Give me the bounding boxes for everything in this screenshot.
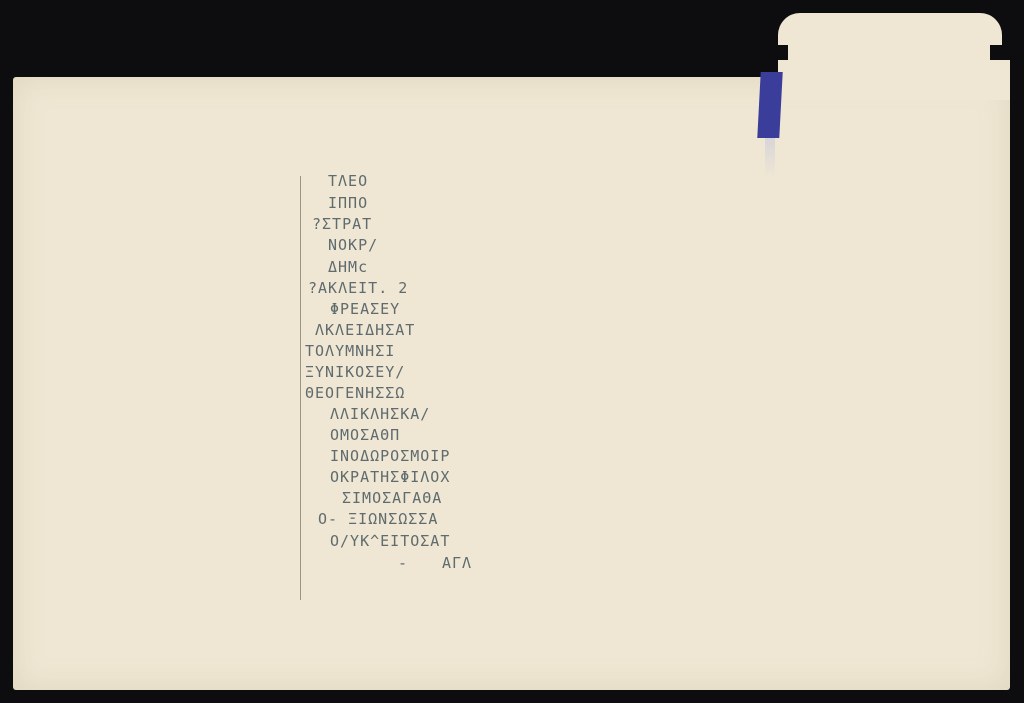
typed-line-11: ΘΕΟΓΕΝΗΣΣΩ: [305, 384, 405, 402]
typed-line-6: ?ΑΚΛΕΙΤ. 2: [308, 279, 408, 297]
index-card: [13, 77, 1010, 690]
blue-tab-marker: [757, 72, 782, 138]
typed-line-8: ΛΚΛΕΙΔΗΣΑΤ: [315, 321, 415, 339]
typed-line-10: ΞΥΝΙΚΟΣΕΥ/: [305, 363, 405, 381]
typed-line-16: ΣΙΜΟΣΑΓΑΘΑ: [342, 489, 442, 507]
tab-join: [778, 60, 1010, 100]
typed-line-1: ΤΛΕΟ: [328, 172, 368, 190]
margin-rule: [300, 176, 301, 600]
typed-line-4: ΝΟΚΡ/: [328, 236, 378, 254]
typed-line-19-dash: -: [398, 554, 408, 572]
typed-line-2: ΙΠΠΟ: [328, 194, 368, 212]
typed-line-19: ΑΓΛ: [442, 554, 472, 572]
typed-line-13: ΟΜΟΣΑΘΠ: [330, 426, 400, 444]
typed-line-12: ΛΛΙΚΛΗΣΚΑ/: [330, 405, 430, 423]
typed-line-18: Ο/ΥΚ^ΕΙΤΟΣΑΤ: [330, 532, 450, 550]
typed-line-17: Ο- ΞΙΩΝΣΩΣΣΑ: [318, 510, 438, 528]
typed-line-14: ΙΝΟΔΩΡΟΣΜΟΙΡ: [330, 447, 450, 465]
typed-line-15: ΟΚΡΑΤΗΣΦΙΛΟΧ: [330, 468, 450, 486]
typed-line-7: ΦΡΕΑΣΕΥ: [330, 300, 400, 318]
blue-marker-fade: [765, 138, 775, 178]
typed-line-9: ΤΟΛΥΜΝΗΣΙ: [305, 342, 395, 360]
typed-line-5: ΔΗΜc: [328, 258, 368, 276]
typed-line-3: ?ΣΤΡΑΤ: [312, 215, 372, 233]
